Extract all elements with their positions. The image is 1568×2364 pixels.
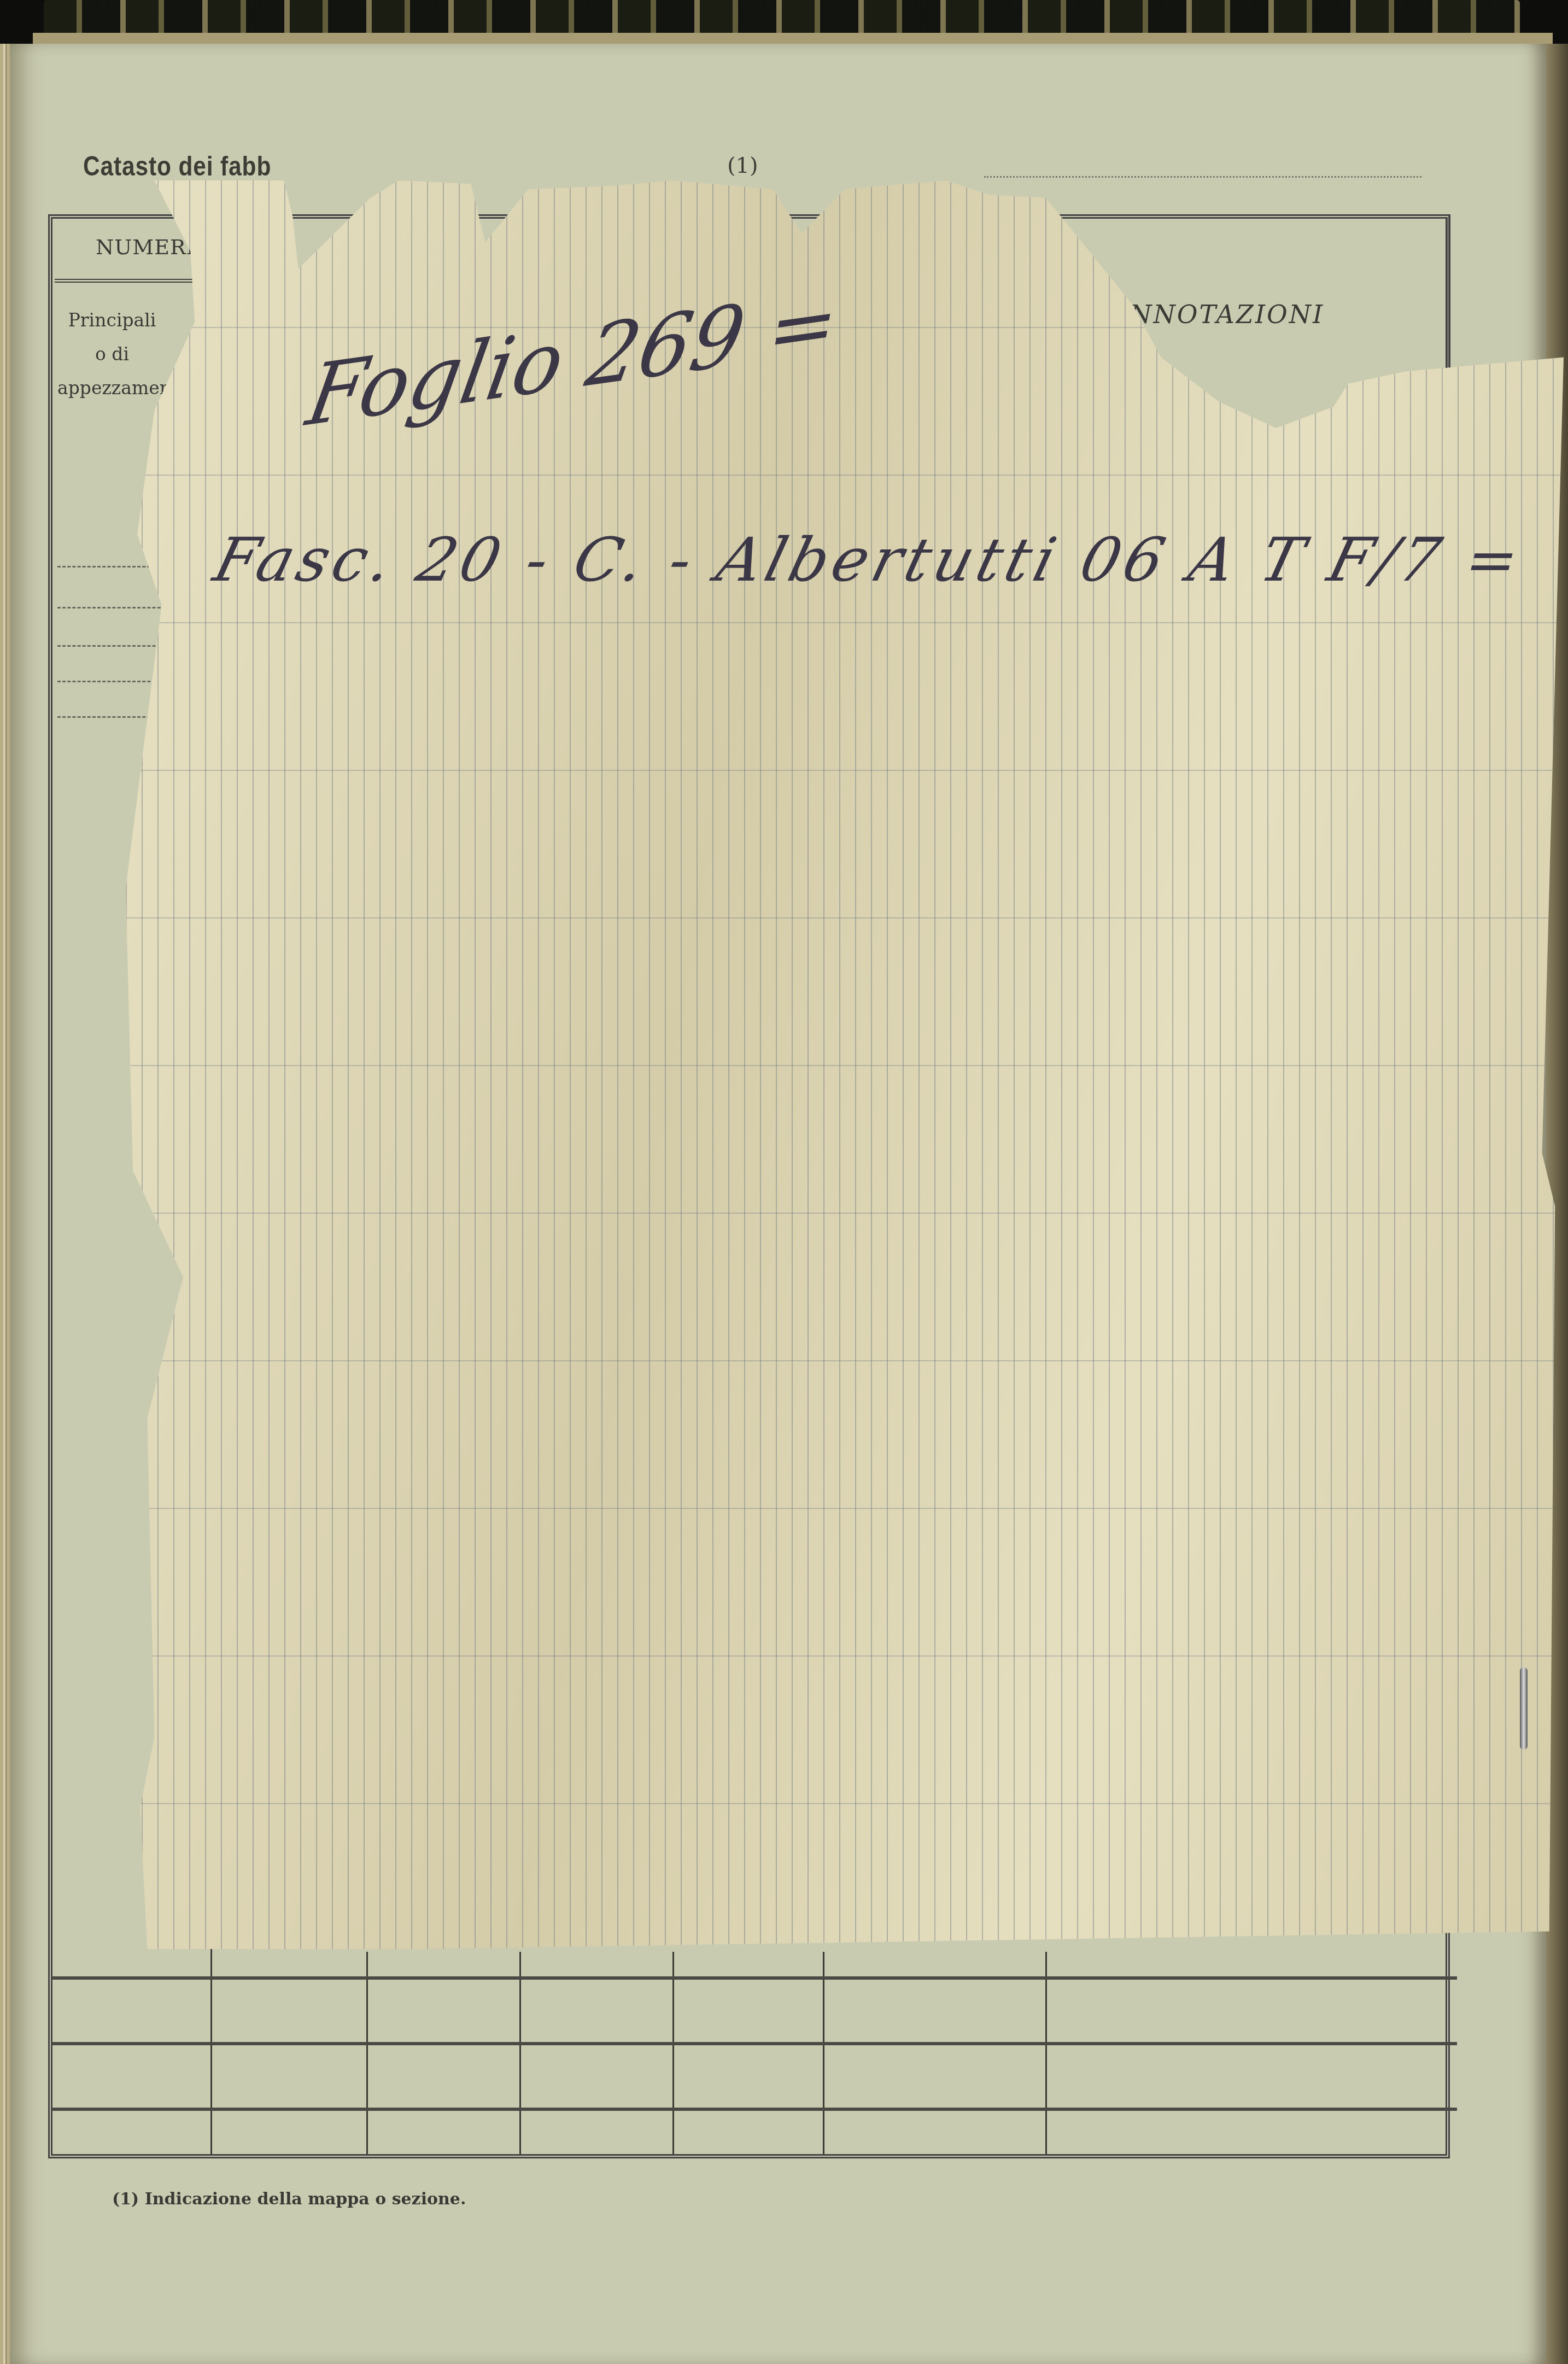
column-divider: [519, 1952, 521, 2154]
bottom-row-rule: [52, 2042, 1457, 2045]
footnote: (1) Indicazione della mappa o sezione.: [112, 2190, 466, 2209]
title-footnote-marker: (1): [727, 153, 758, 178]
form-title: Catasto dei fabb: [83, 150, 271, 182]
column-divider: [1045, 1952, 1047, 2154]
header-principali: Principali o di appezzamento: [57, 303, 167, 405]
column-divider: [672, 1952, 674, 2154]
handwritten-reference: Fasc. 20 - C. - Albertutti 06 A T F/7 =: [207, 525, 1530, 595]
header-principali-line-2: o di: [57, 337, 167, 371]
title-dotted-rule: [984, 176, 1421, 178]
staple-icon: [1520, 1667, 1528, 1749]
bottom-row-rule: [52, 1976, 1457, 1980]
header-principali-line-3: appezzamento: [57, 371, 167, 405]
column-divider: [366, 1952, 368, 2154]
bottom-row-rule: [52, 2108, 1457, 2111]
header-principali-line-1: Principali: [57, 303, 167, 337]
graph-paper-slip: [126, 180, 1564, 1949]
column-divider: [823, 1952, 824, 2154]
